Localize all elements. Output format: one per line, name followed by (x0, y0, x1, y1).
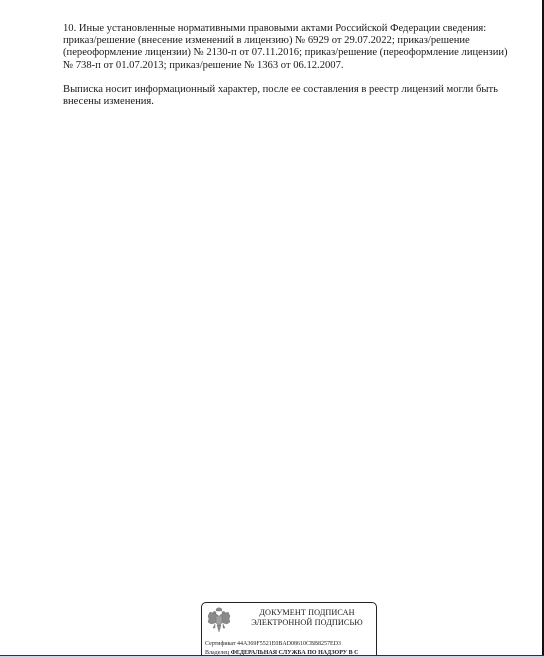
electronic-signature-stamp: ДОКУМЕНТ ПОДПИСАН ЭЛЕКТРОННОЙ ПОДПИСЬЮ С… (201, 602, 377, 656)
stamp-certificate: Сертификат 44A369F5521E0BAD08610CBB8257E… (205, 640, 377, 648)
certificate-label: Сертификат (205, 641, 236, 647)
paragraph-disclaimer: Выписка носит информационный характер, п… (63, 84, 515, 108)
paragraph-other-information: 10. Иные установленные нормативными прав… (63, 23, 515, 72)
stamp-title-line2: ЭЛЕКТРОННОЙ ПОДПИСЬЮ (242, 618, 372, 628)
document-body: 10. Иные установленные нормативными прав… (63, 23, 515, 120)
certificate-value: 44A369F5521E0BAD08610CBB8257ED3 (237, 641, 341, 647)
coat-of-arms-icon (207, 607, 231, 635)
document-page: 10. Иные установленные нормативными прав… (0, 0, 542, 656)
stamp-title-line1: ДОКУМЕНТ ПОДПИСАН (242, 608, 372, 618)
stamp-title: ДОКУМЕНТ ПОДПИСАН ЭЛЕКТРОННОЙ ПОДПИСЬЮ (242, 608, 372, 628)
